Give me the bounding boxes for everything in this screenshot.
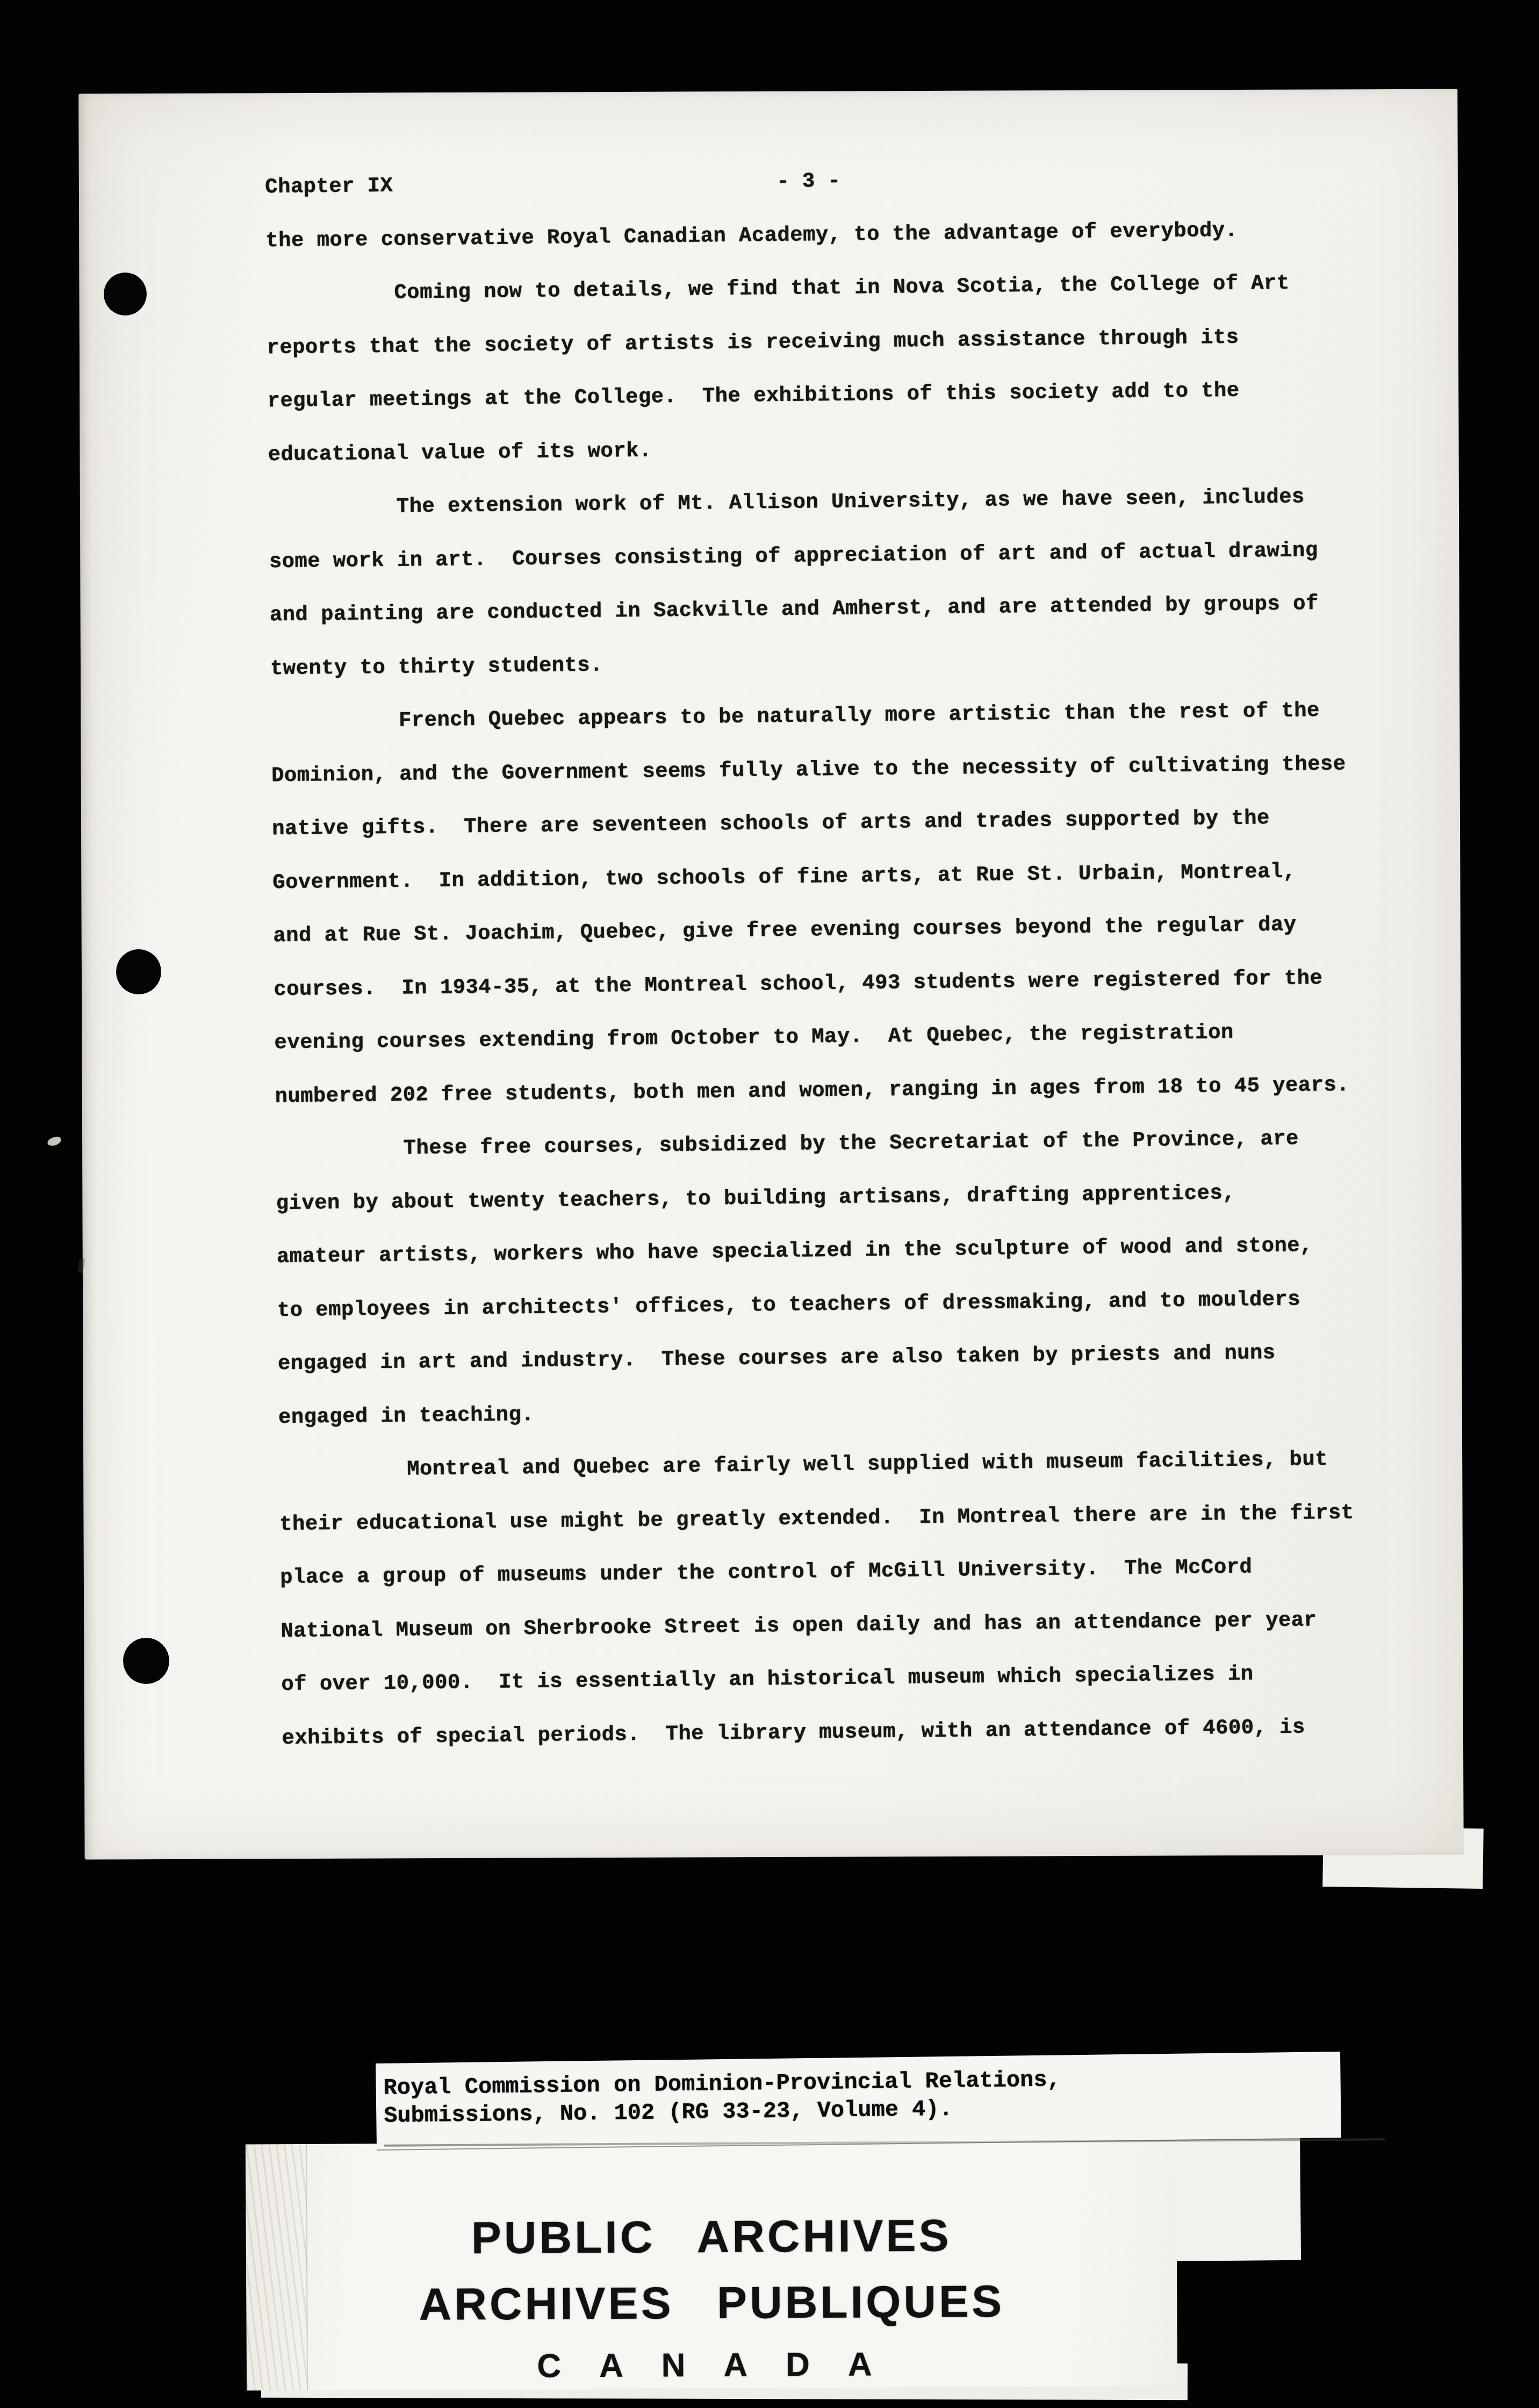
document-page: Chapter IX - 3 -the more conservative Ro… xyxy=(78,89,1463,1860)
dust-speck xyxy=(46,1135,62,1148)
punch-hole-middle xyxy=(116,949,161,994)
stamp-card-crease xyxy=(246,2144,308,2391)
stamp-line-public-archives: PUBLIC ARCHIVES xyxy=(246,2208,1176,2265)
punch-hole-top xyxy=(104,273,147,316)
stamp-line-archives-publiques: ARCHIVES PUBLIQUES xyxy=(246,2274,1177,2331)
scanned-document-view: Chapter IX - 3 -the more conservative Ro… xyxy=(0,0,1539,2408)
punch-hole-bottom xyxy=(123,1638,169,1684)
archives-stamp-card: PUBLIC ARCHIVES ARCHIVES PUBLIQUES C A N… xyxy=(246,2139,1177,2390)
typed-text-block: Chapter IX - 3 -the more conservative Ro… xyxy=(265,148,1443,1765)
reference-label-card: Royal Commission on Dominion-Provincial … xyxy=(376,2052,1341,2149)
stamp-line-canada: C A N A D A xyxy=(247,2343,1177,2386)
